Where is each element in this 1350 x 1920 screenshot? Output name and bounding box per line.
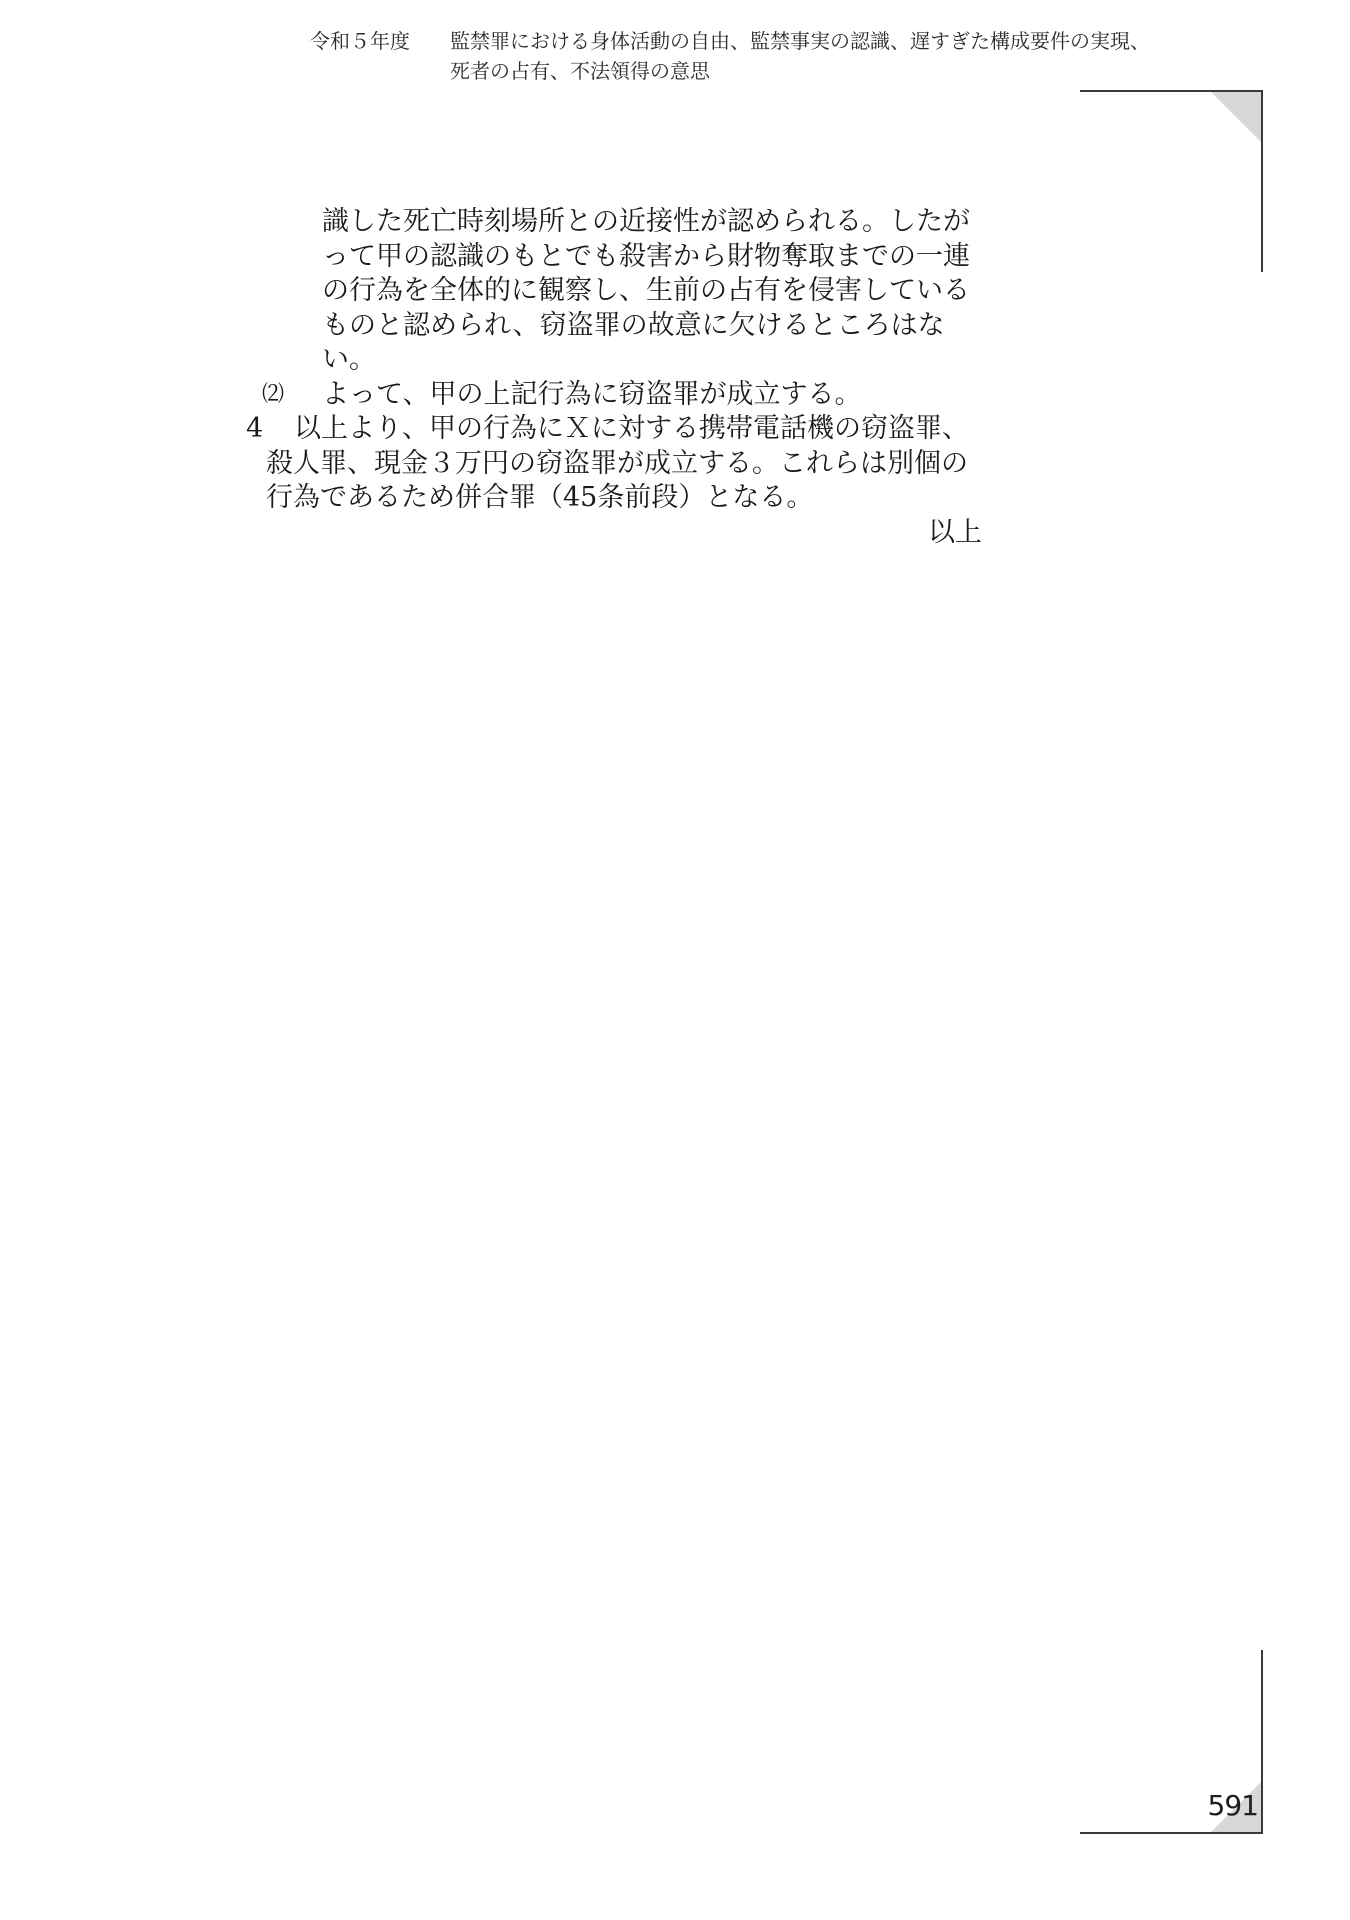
section-number: 4 — [246, 412, 263, 447]
text-line: の行為を全体的に観察し、生前の占有を侵害している — [246, 274, 986, 309]
closing-mark: 以上 — [246, 516, 982, 551]
text-line: い。 — [246, 343, 986, 378]
text-line: 識した死亡時刻場所との近接性が認められる。したが — [246, 205, 986, 240]
corner-mark-bottom-vertical — [1261, 1650, 1263, 1834]
header-year: 令和５年度 — [310, 26, 450, 86]
sub-item-marker: ⑵ — [262, 378, 284, 413]
text-line: って甲の認識のもとでも殺害から財物奪取までの一連 — [246, 240, 986, 275]
corner-mark-bottom-horizontal — [1080, 1832, 1263, 1834]
header-title-line-1: 監禁罪における身体活動の自由、監禁事実の認識、遅すぎた構成要件の実現、 — [450, 26, 1150, 56]
running-header: 令和５年度 監禁罪における身体活動の自由、監禁事実の認識、遅すぎた構成要件の実現… — [310, 26, 1150, 86]
section-4-line-1: 4 以上より、甲の行為にＸに対する携帯電話機の窃盗罪、 — [246, 412, 986, 447]
header-title-line-2: 死者の占有、不法領得の意思 — [450, 56, 1150, 86]
text-line: 殺人罪、現金３万円の窃盗罪が成立する。これらは別個の — [246, 447, 986, 482]
section-4-text: 以上より、甲の行為にＸに対する携帯電話機の窃盗罪、 — [246, 413, 969, 444]
body-text: 識した死亡時刻場所との近接性が認められる。したが って甲の認識のもとでも殺害から… — [246, 205, 986, 550]
text-line: 行為であるため併合罪（45条前段）となる。 — [246, 481, 986, 516]
sub-item-text: よって、甲の上記行為に窃盗罪が成立する。 — [246, 379, 861, 410]
text-line: ものと認められ、窃盗罪の故意に欠けるところはな — [246, 309, 986, 344]
header-title: 監禁罪における身体活動の自由、監禁事実の認識、遅すぎた構成要件の実現、 死者の占… — [450, 26, 1150, 86]
sub-item-2: ⑵ よって、甲の上記行為に窃盗罪が成立する。 — [246, 378, 986, 413]
page-number: 591 — [1200, 1786, 1258, 1826]
corner-triangle-top-icon — [1211, 92, 1261, 142]
corner-mark-top-vertical — [1261, 90, 1263, 272]
